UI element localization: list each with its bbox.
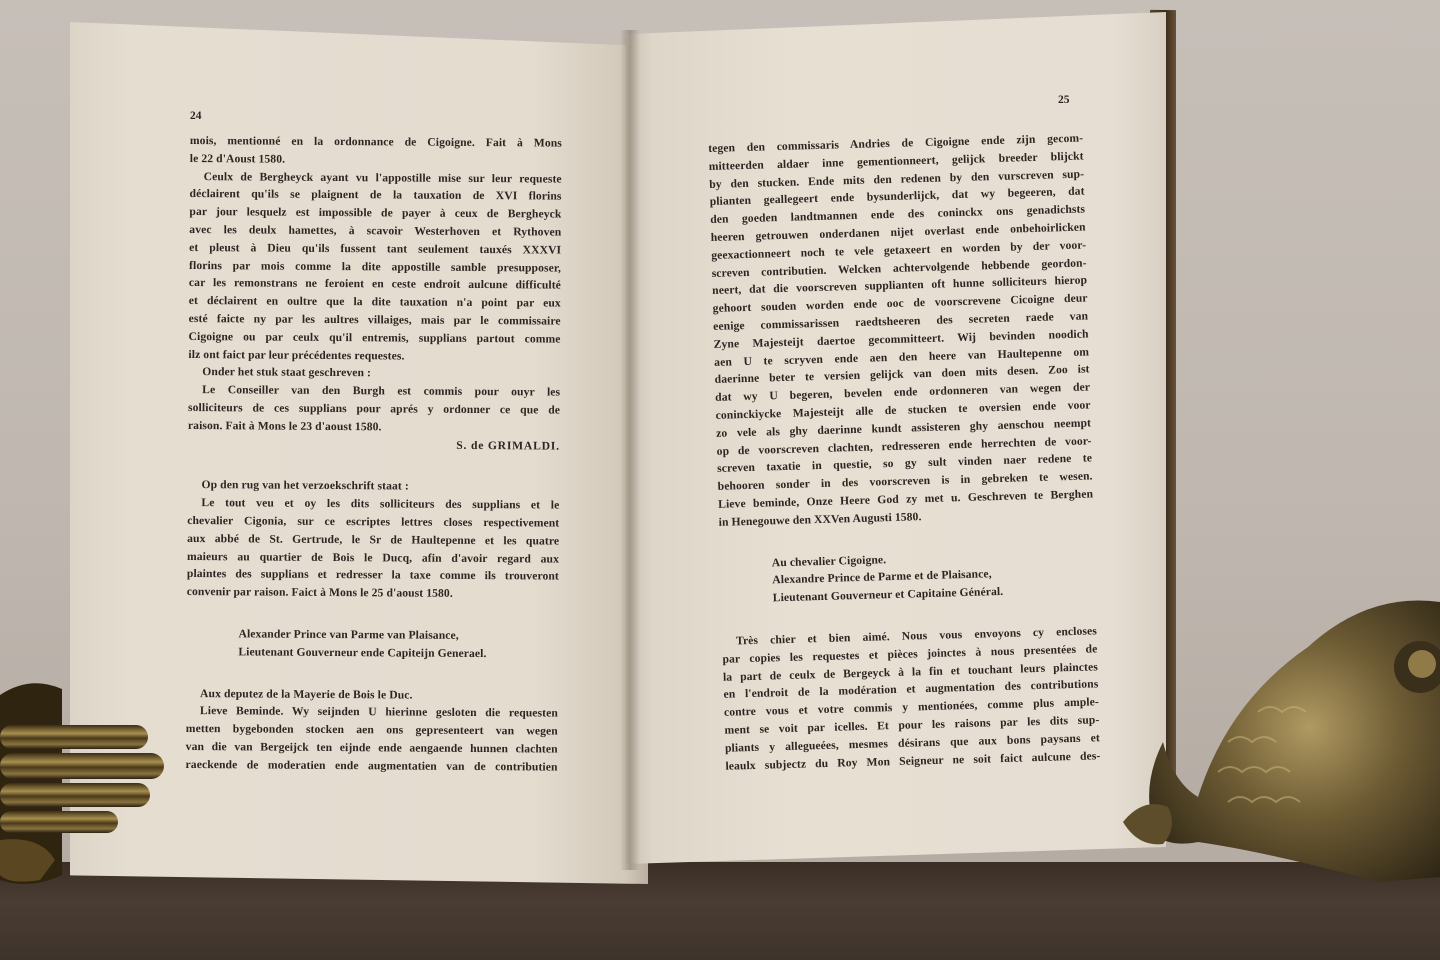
text-line: le 22 d'Aoust 1580. xyxy=(190,150,562,170)
text-line: esté faicte ny par les aultres villaiges… xyxy=(189,310,561,330)
text-line: raeckende de moderatien ende augmentatie… xyxy=(186,756,558,776)
left-page-text: mois, mentionné en la ordonnance de Cigo… xyxy=(186,132,562,776)
text-line: avec les deulx hamettes, à scavoir Weste… xyxy=(189,221,561,241)
page-number-right: 25 xyxy=(1058,94,1070,106)
text-line: chevalier Cigonia, sur ce escriptes lett… xyxy=(187,512,559,532)
text-line: van die van Bergeijck ten eijnde ende ae… xyxy=(186,738,558,758)
brass-hand-bookend-icon xyxy=(0,675,170,890)
address-line: Lieutenant Gouverneur ende Capiteijn Gen… xyxy=(186,643,558,663)
text-line: et pleust à Dieu qu'ils fussent tant seu… xyxy=(189,239,561,259)
page-number-left: 24 xyxy=(190,110,202,122)
text-line: mois, mentionné en la ordonnance de Cigo… xyxy=(190,132,562,152)
text-line: solliciteurs de ces supplians pour aprés… xyxy=(188,399,560,419)
right-page-text: tegen den commissaris Andries de Cigoign… xyxy=(708,130,1101,776)
text-line: Cigoigne ou par ceulx qu'il entremis, su… xyxy=(189,328,561,348)
text-line: aux abbé de St. Gertrude, le Sr de Hault… xyxy=(187,530,559,550)
right-page: 25 tegen den commissaris Andries de Cigo… xyxy=(626,12,1166,864)
book-gutter xyxy=(620,30,640,870)
brass-fish-bookend-icon xyxy=(1118,592,1440,882)
text-line: convenir par raison. Faict à Mons le 25 … xyxy=(187,583,559,603)
address-line: Alexander Prince van Parme van Plaisance… xyxy=(186,625,558,645)
text-line: raison. Fait à Mons le 23 d'aoust 1580. xyxy=(188,417,560,437)
